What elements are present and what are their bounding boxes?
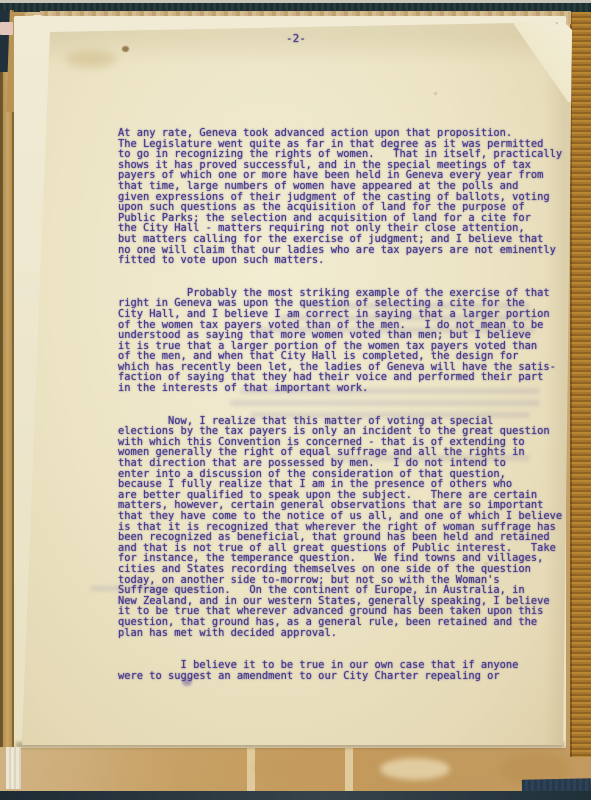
scanned-book-page: -2- At any rate, Geneva took advanced ac… xyxy=(0,0,591,800)
bottom-page-edges xyxy=(6,747,21,789)
glue-stain xyxy=(380,758,450,780)
paragraph-4: I believe it to be true in our own case … xyxy=(118,660,570,681)
typed-text-block: At any rate, Geneva took advanced action… xyxy=(118,128,570,703)
book-fore-edge xyxy=(570,12,591,757)
paragraph-1: At any rate, Geneva took advanced action… xyxy=(118,128,570,266)
mount-gap-band xyxy=(345,747,353,791)
paragraph-2: Probably the most striking example of th… xyxy=(118,288,570,394)
mount-gap-band xyxy=(247,747,255,791)
mount-stain xyxy=(255,752,335,782)
foxing-spot xyxy=(434,92,437,95)
book-cover-bottom-edge xyxy=(0,791,591,800)
corner-fold xyxy=(514,22,572,102)
paper-stain xyxy=(66,50,116,68)
paragraph-3: Now, I realize that this matter of votin… xyxy=(118,416,570,638)
left-gutter-shadow xyxy=(0,10,3,747)
typed-letter-page: -2- At any rate, Geneva took advanced ac… xyxy=(14,22,572,745)
paper-stain xyxy=(122,46,129,52)
page-number: -2- xyxy=(286,32,306,45)
pink-index-tab xyxy=(0,22,13,35)
